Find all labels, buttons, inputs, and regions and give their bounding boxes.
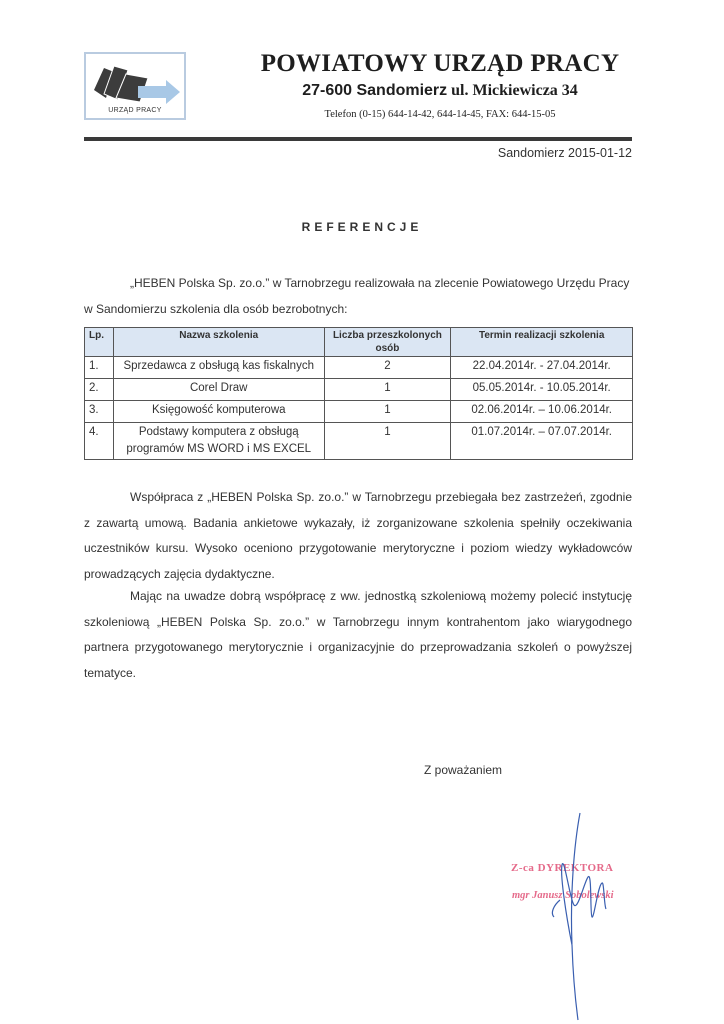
table-row: 4. Podstawy komputera z obsługą programó…	[85, 423, 633, 460]
column-header: Termin realizacji szkolenia	[451, 328, 633, 357]
table-row: 2. Corel Draw 1 05.05.2014r. - 10.05.201…	[85, 379, 633, 401]
office-phone: Telefon (0-15) 644-14-42, 644-14-45, FAX…	[212, 109, 668, 120]
handwritten-signature-icon	[540, 805, 620, 1024]
cell-lp: 2.	[85, 379, 114, 401]
cell-lp: 1.	[85, 357, 114, 379]
cell-term: 22.04.2014r. - 27.04.2014r.	[451, 357, 633, 379]
office-address: 27-600 Sandomierz ul. Mickiewicza 34	[212, 82, 668, 100]
cell-name: Podstawy komputera z obsługą programów M…	[113, 423, 324, 460]
letter-heading: REFERENCJE	[0, 220, 724, 234]
cell-lp: 3.	[85, 401, 114, 423]
table-row: 1. Sprzedawca z obsługą kas fiskalnych 2…	[85, 357, 633, 379]
cell-term: 05.05.2014r. - 10.05.2014r.	[451, 379, 633, 401]
intro-line-1: „HEBEN Polska Sp. zo.o.” w Tarnobrzegu r…	[130, 276, 629, 290]
cell-name: Corel Draw	[113, 379, 324, 401]
intro-line-2: w Sandomierzu szkolenia dla osób bezrobo…	[84, 302, 347, 316]
closing-salutation: Z poważaniem	[424, 763, 502, 777]
column-header: Liczba przeszkolonych osób	[324, 328, 451, 357]
cell-count: 1	[324, 401, 451, 423]
address-city: 27-600 Sandomierz	[302, 82, 447, 99]
cell-count: 2	[324, 357, 451, 379]
header-divider	[84, 137, 632, 141]
column-header: Nazwa szkolenia	[113, 328, 324, 357]
cell-lp: 4.	[85, 423, 114, 460]
cell-term: 01.07.2014r. – 07.07.2014r.	[451, 423, 633, 460]
recommendation-text: Mając na uwadze dobrą współpracę z ww. j…	[84, 589, 632, 680]
address-street: ul. Mickiewicza 34	[451, 82, 578, 99]
trainings-table: Lp. Nazwa szkolenia Liczba przeszkolonyc…	[84, 327, 633, 460]
cooperation-text: Współpraca z „HEBEN Polska Sp. zo.o.” w …	[84, 490, 632, 581]
logo-text: URZĄD PRACY	[86, 107, 184, 114]
office-title: POWIATOWY URZĄD PRACY	[212, 50, 668, 78]
column-header: Lp.	[85, 328, 114, 357]
table-header-row: Lp. Nazwa szkolenia Liczba przeszkolonyc…	[85, 328, 633, 357]
intro-paragraph: „HEBEN Polska Sp. zo.o.” w Tarnobrzegu r…	[84, 271, 632, 322]
letter-date: Sandomierz 2015-01-12	[498, 146, 632, 160]
cell-name: Sprzedawca z obsługą kas fiskalnych	[113, 357, 324, 379]
table-row: 3. Księgowość komputerowa 1 02.06.2014r.…	[85, 401, 633, 423]
cell-term: 02.06.2014r. – 10.06.2014r.	[451, 401, 633, 423]
recommendation-paragraph: Mając na uwadze dobrą współpracę z ww. j…	[84, 584, 632, 686]
cell-count: 1	[324, 379, 451, 401]
cooperation-paragraph: Współpraca z „HEBEN Polska Sp. zo.o.” w …	[84, 485, 632, 587]
cell-count: 1	[324, 423, 451, 460]
cell-name: Księgowość komputerowa	[113, 401, 324, 423]
office-logo: URZĄD PRACY	[84, 52, 186, 120]
